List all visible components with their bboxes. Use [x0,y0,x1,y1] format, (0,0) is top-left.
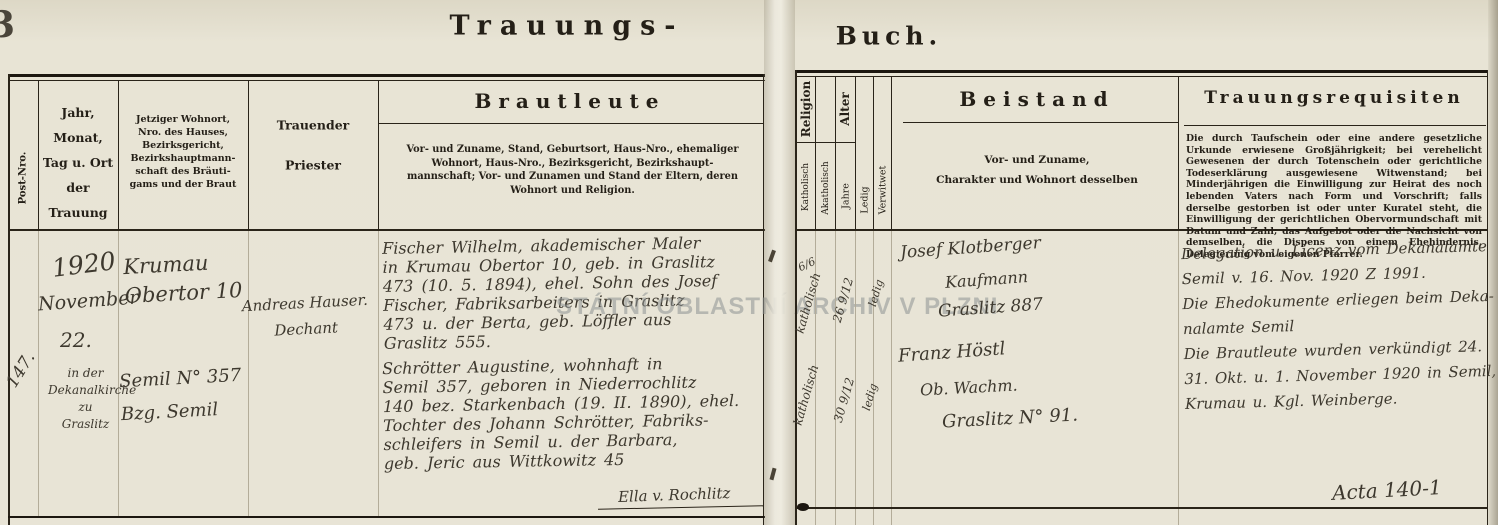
header-alter: Alter [838,92,852,125]
header-beistand-desc2: Charakter und Wohnort desselben [936,174,1138,186]
header-ledig: Ledig [860,186,871,213]
book-title-left: Trauungs- [449,11,684,42]
col-line [378,80,379,230]
text-line: Jahr, [38,100,118,125]
left-table-top-inner-border [8,80,765,81]
text-line: Dekanalkirche [48,382,123,399]
header-requisiten-title: Trauungsrequisiten [1204,88,1463,108]
requisiten-title-separator [1184,125,1486,126]
witness-occupation-2: Ob. Wachm. [920,375,1019,399]
register-scan: 3 Trauungs- Buch. Post-Nro. Jahr,Monat,T… [0,0,1498,525]
col-line [891,76,892,230]
entry-bride-details: Schrötter Augustine, wohnhaft inSemil 35… [382,353,740,473]
header-katholisch: Katholisch [801,163,811,211]
book-gutter [764,0,795,525]
header-priest-line2: Priester [285,158,341,173]
col-line-faint [855,230,856,525]
right-table-left-border [795,70,797,525]
header-beistand-title: Beistand [959,87,1114,111]
left-table-top-border [8,74,765,77]
entry-year: 1920 [50,246,117,283]
text-line: Semil N° 357 [118,359,242,398]
col-line [815,76,816,230]
header-residence-column: Jetziger Wohnort,Nro. des Hauses,Bezirks… [118,113,248,191]
header-jahre: Jahre [841,183,852,209]
col-line-faint [38,230,39,516]
right-table-top-inner-border [795,76,1488,77]
col-line [855,76,856,230]
witness-place-2: Graslitz N° 91. [942,404,1079,432]
entry-day: 22. [60,328,92,352]
text-line: Tag u. Ort [38,150,118,175]
header-priest-line1: Trauender [277,118,350,133]
col-line [873,76,874,230]
col-line-faint [873,230,874,525]
right-table-top-border [795,70,1488,73]
col-line-faint [835,230,836,525]
left-row-bottom-border [8,516,765,518]
entry-priest: Andreas Hauser.Dechant [237,287,375,346]
religion-alter-box-bottom [795,142,855,143]
text-line: zu [48,399,123,416]
text-line: schaft des Bräuti- [118,165,248,178]
col-line-faint [891,230,892,525]
col-line [1178,76,1179,230]
entry-marginal-note: Ella v. Rochlitz [618,484,731,506]
text-line: gams und der Braut [118,178,248,191]
marginal-note-underline [598,505,763,509]
header-brautleute-title: Brautleute [474,89,665,113]
left-table-left-border [8,74,10,525]
witness-name-2: Franz Höstl [897,338,1006,366]
text-line: Monat, [38,125,118,150]
ink-blot [797,503,809,511]
header-brautleute-description: Vor- und Zuname, Stand, Geburtsort, Haus… [400,143,745,197]
text-line: Bezirkshauptmann- [118,152,248,165]
text-line: Jetziger Wohnort, [118,113,248,126]
header-beistand-desc1: Vor- und Zuname, [984,154,1089,166]
entry-place: in derDekanalkirchezuGraslitz [48,365,123,433]
entry-requisiten-notes: Delegation u. Licenz vom DekanalamteSemi… [1181,234,1497,417]
text-line: der Trauung [38,175,118,225]
page-number: 3 [0,4,15,46]
text-line: in der [48,365,123,382]
page-edge-shadow [1488,0,1498,525]
entry-bride-residence: Semil N° 357Bzg. Semil [118,359,243,431]
entry-groom-residence: KrumauObertor 10 [123,247,244,311]
col-line-faint [378,230,379,516]
col-line-faint [248,230,249,516]
beistand-title-separator [903,122,1178,123]
header-verwitwet: Verwitwet [878,166,889,215]
text-line: Bezirksgericht, [118,139,248,152]
entry-acta-number: Acta 140-1 [1331,475,1442,505]
entry-bride-status: ledig [860,382,880,412]
header-date-column: Jahr,Monat,Tag u. Ortder Trauung [38,100,118,225]
header-religion: Religion [799,81,813,137]
witness-name-1: Josef Klotberger [899,233,1041,263]
col-line-faint [1178,230,1179,525]
left-header-bottom-border [8,229,765,231]
text-line: Obertor 10 [124,276,243,311]
book-title-right: Buch. [836,22,942,51]
witness-occupation-1: Kaufmann [944,267,1028,292]
right-row-bottom-border [795,507,1488,509]
header-post-nro: Post-Nro. [18,152,29,205]
text-line: Bzg. Semil [120,392,244,431]
text-line: Nro. des Hauses, [118,126,248,139]
brautleute-title-separator [378,123,763,124]
col-line [248,80,249,230]
col-line [835,76,836,230]
header-akatholisch: Akatholisch [821,161,831,214]
text-line: Graslitz [48,416,123,433]
